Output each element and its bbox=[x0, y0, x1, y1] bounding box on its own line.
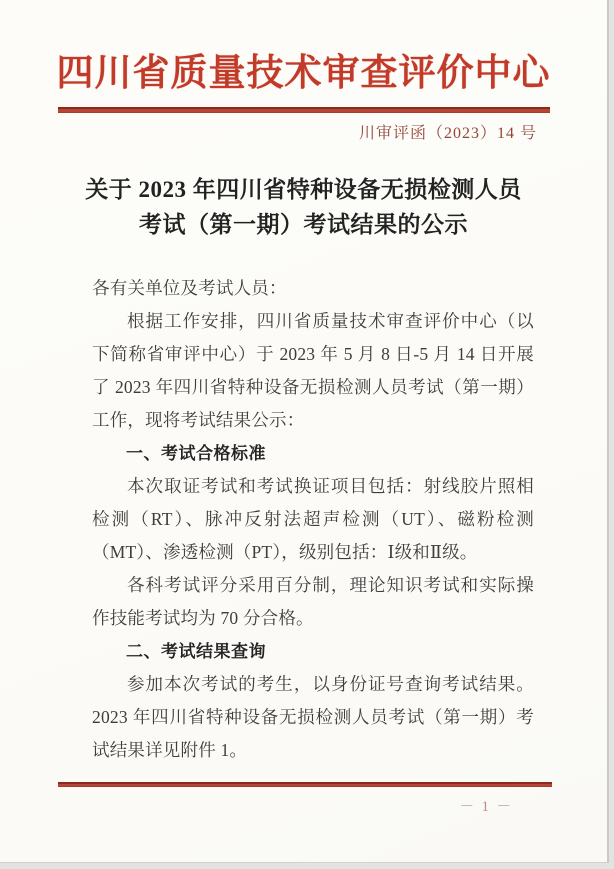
document-title-line-2: 考试（第一期）考试结果的公示 bbox=[0, 207, 607, 242]
section-1-heading: 一、考试合格标准 bbox=[92, 437, 534, 470]
intro-paragraph: 根据工作安排，四川省质量技术审查评价中心（以下简称省审评中心）于 2023 年 … bbox=[92, 305, 534, 437]
document-title: 关于 2023 年四川省特种设备无损检测人员 考试（第一期）考试结果的公示 bbox=[0, 172, 607, 242]
section-1-paragraph-2: 各科考试评分采用百分制，理论知识考试和实际操作技能考试均为 70 分合格。 bbox=[92, 569, 534, 635]
salutation: 各有关单位及考试人员： bbox=[92, 272, 534, 305]
section-2-paragraph-1: 参加本次考试的考生，以身份证号查询考试结果。2023 年四川省特种设备无损检测人… bbox=[92, 668, 534, 767]
section-2-heading: 二、考试结果查询 bbox=[92, 635, 534, 668]
section-1-paragraph-1: 本次取证考试和考试换证项目包括：射线胶片照相检测（RT）、脉冲反射法超声检测（U… bbox=[92, 470, 534, 569]
scanned-document-canvas: 四川省质量技术审查评价中心 川审评函（2023）14 号 关于 2023 年四川… bbox=[0, 0, 614, 869]
letterhead-title: 四川省质量技术审查评价中心 bbox=[0, 0, 607, 98]
page-number: － 1 － bbox=[460, 795, 514, 816]
letterhead-rule bbox=[58, 107, 550, 113]
document-body: 各有关单位及考试人员： 根据工作安排，四川省质量技术审查评价中心（以下简称省审评… bbox=[92, 272, 534, 767]
document-title-line-1: 关于 2023 年四川省特种设备无损检测人员 bbox=[0, 172, 607, 207]
document-number: 川审评函（2023）14 号 bbox=[0, 122, 607, 146]
footer-rule bbox=[58, 782, 552, 787]
document-page: 四川省质量技术审查评价中心 川审评函（2023）14 号 关于 2023 年四川… bbox=[0, 0, 609, 863]
